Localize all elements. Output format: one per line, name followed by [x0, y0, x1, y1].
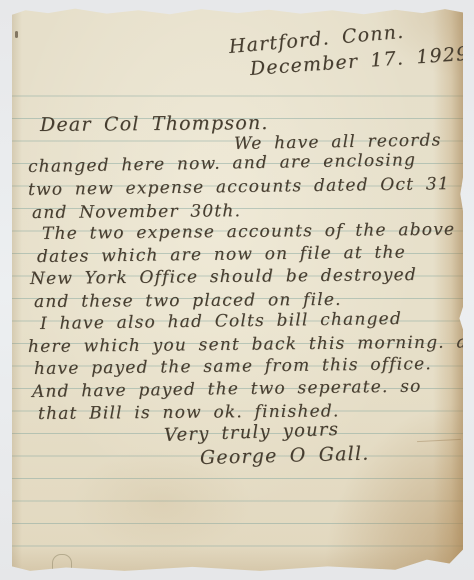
paper-curl-mark [52, 554, 72, 571]
body-line-7: New York Office should be destroyed [30, 267, 417, 288]
body-line-8: and these two placed on file. [34, 292, 342, 311]
body-line-6: dates which are now on file at the [37, 244, 406, 266]
aged-left-edge [12, 8, 22, 572]
body-line-4: and November 30th. [32, 203, 241, 222]
body-line-11: have payed the same from this office. [34, 356, 432, 378]
body-line-9: I have also had Colts bill changed [40, 311, 402, 333]
body-line-10: here which you sent back this morning. a… [28, 334, 474, 356]
ink-speck [15, 31, 18, 38]
letter-paper: Hartford. Conn. December 17. 1929 Dear C… [12, 8, 463, 572]
body-line-5: The two expense accounts of the above [42, 222, 455, 243]
scanned-letter-scene: Hartford. Conn. December 17. 1929 Dear C… [0, 0, 474, 580]
salutation: Dear Col Thompson. [40, 114, 269, 135]
signature: George O Gall. [200, 445, 370, 468]
